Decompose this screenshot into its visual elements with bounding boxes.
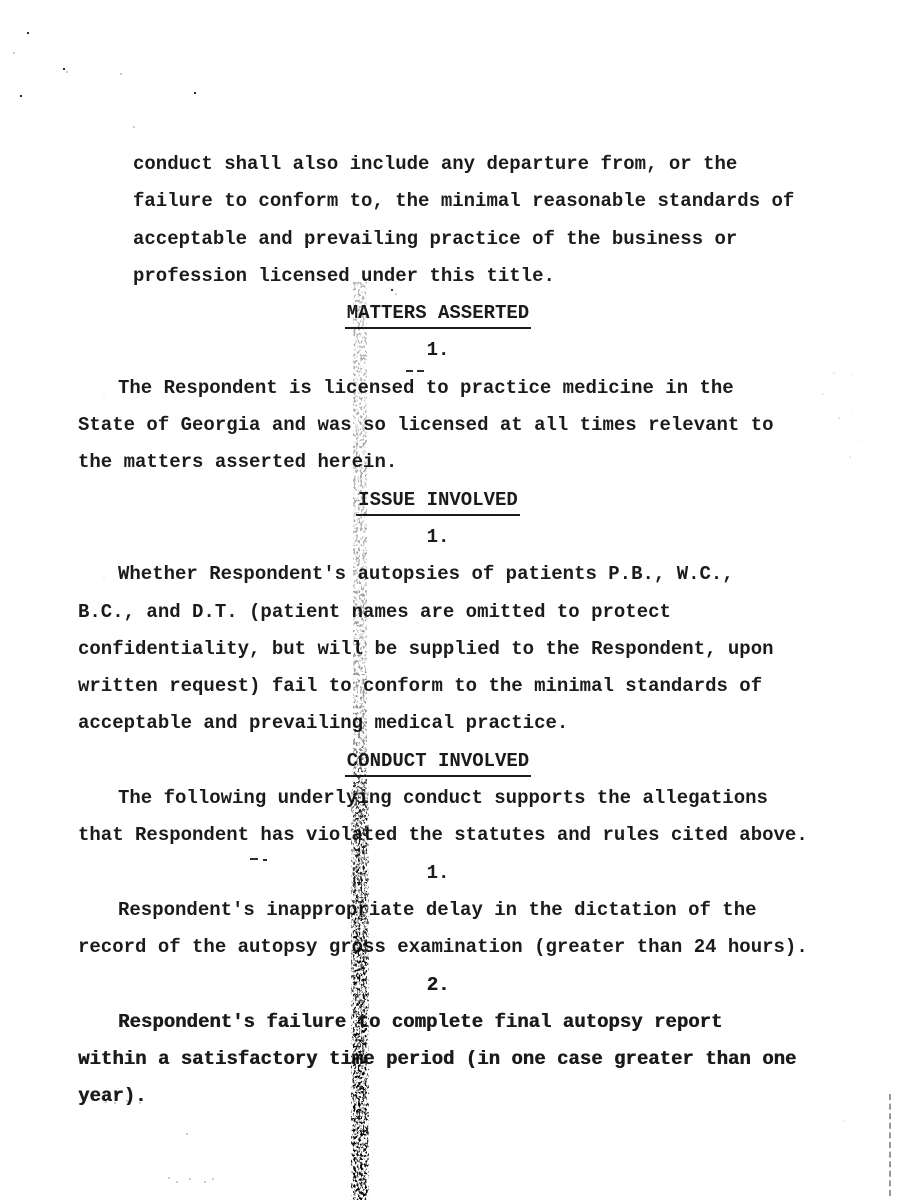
text-line: written request) fail to conform to the … (78, 668, 798, 705)
text-line: record of the autopsy gross examination … (78, 929, 798, 966)
text-line: conduct shall also include any departure… (78, 146, 798, 183)
paragraph: The following underlying conduct support… (78, 780, 798, 855)
paragraph: Respondent's inappropriate delay in the … (78, 892, 798, 967)
section-heading-line: CONDUCT INVOLVED (78, 743, 798, 780)
paragraph-number: 1. (78, 855, 798, 892)
scan-dash-mark (417, 370, 424, 372)
paragraph: Whether Respondent's autopsies of patien… (78, 556, 798, 742)
paragraph: conduct shall also include any departure… (78, 146, 798, 295)
text-line: Respondent's inappropriate delay in the … (78, 892, 798, 929)
scanned-document-page: conduct shall also include any departure… (0, 0, 921, 1200)
text-line: B.C., and D.T. (patient names are omitte… (78, 594, 798, 631)
section-heading: ISSUE INVOLVED (356, 487, 520, 516)
text-line: Respondent's failure to complete final a… (78, 1004, 798, 1041)
paragraph-number: 1. (78, 332, 798, 369)
section-heading-line: ISSUE INVOLVED (78, 482, 798, 519)
scan-dash-mark (406, 370, 413, 372)
section-heading: CONDUCT INVOLVED (345, 748, 531, 777)
text-line: year). (78, 1078, 798, 1115)
text-line: failure to conform to, the minimal reaso… (78, 183, 798, 220)
text-line: The Respondent is licensed to practice m… (78, 370, 798, 407)
text-line: profession licensed under this title. (78, 258, 798, 295)
text-line: confidentiality, but will be supplied to… (78, 631, 798, 668)
text-line: The following underlying conduct support… (78, 780, 798, 817)
text-line: acceptable and prevailing practice of th… (78, 221, 798, 258)
scan-dash-mark (250, 858, 258, 860)
scan-speckles (0, 0, 2, 2)
section-heading: MATTERS ASSERTED (345, 300, 531, 329)
paragraph-number: 1. (78, 519, 798, 556)
text-line: that Respondent has violated the statute… (78, 817, 798, 854)
text-line: within a satisfactory time period (in on… (78, 1041, 798, 1078)
scan-right-edge-marks (889, 1094, 891, 1196)
scan-dash-mark (263, 859, 267, 861)
section-heading-line: MATTERS ASSERTED (78, 295, 798, 332)
text-line: the matters asserted herein. (78, 444, 798, 481)
paragraph-number: 2. (78, 967, 798, 1004)
paragraph: The Respondent is licensed to practice m… (78, 370, 798, 482)
text-line: Whether Respondent's autopsies of patien… (78, 556, 798, 593)
paragraph: Respondent's failure to complete final a… (78, 1004, 798, 1116)
text-line: State of Georgia and was so licensed at … (78, 407, 798, 444)
document-content: conduct shall also include any departure… (78, 146, 798, 1116)
text-line: acceptable and prevailing medical practi… (78, 705, 798, 742)
